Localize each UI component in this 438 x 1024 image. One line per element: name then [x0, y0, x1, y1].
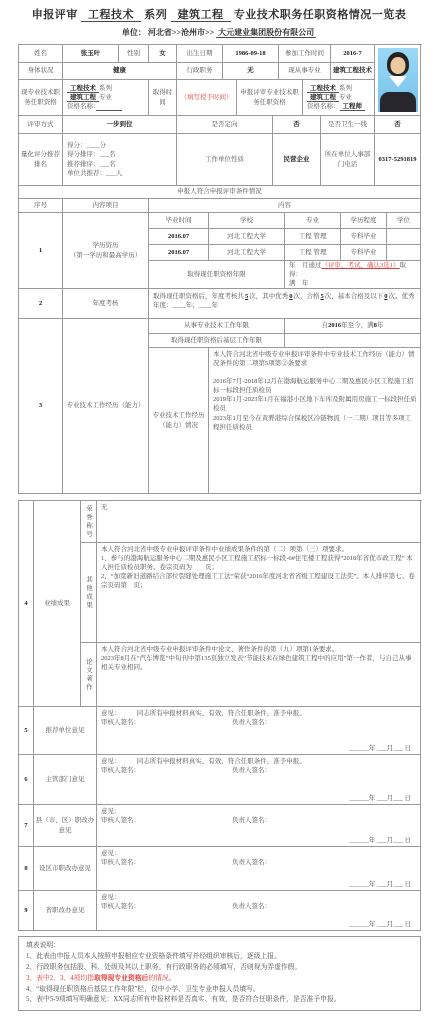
apply-series: 工程技术 — [307, 85, 339, 93]
honor-label: 荣誉称号 — [81, 501, 97, 543]
edu-1-time: 2016.07 — [149, 229, 209, 245]
edu-h-major: 专业 — [285, 213, 341, 229]
op6-date: ______年 ___月___ 日 — [349, 794, 417, 803]
quant-label: 量化评分推荐排名 — [19, 134, 63, 186]
edu-2-time: 2016.07 — [149, 245, 209, 261]
achievement-row: 4 业绩成果 荣誉称号 无 其他成果 本人符合河北省中级专业申报评审条件中业绩成… — [19, 501, 422, 707]
note-3-bold: 取得现专业资格后 — [94, 975, 148, 982]
unit-line: 单位： 河北省>>沧州市>> 大元建业集团股份有限公司 — [0, 27, 438, 38]
annual-review-row: 2 年度考核 取得现任职资格后，年度考核共5次，其中优秀0次，合格5次，基本合格… — [19, 289, 422, 319]
papers-content: 本人符合河北省中级专业申报评审条件中论文、著作条件的第（九）项第1条要求。 20… — [97, 643, 421, 707]
edu-row-2: 2016.07 河北工程大学 工程 管理 专科毕业 — [149, 245, 421, 261]
op8-manager: 负责人签名： — [232, 859, 271, 866]
wy-p2: 年至今，满 — [341, 321, 374, 330]
cur-qual-label: 资格名称： — [67, 103, 96, 110]
work-years-label: 从事专业技术工作年限 — [149, 319, 285, 334]
qy-pre: 年 月通过 — [289, 262, 322, 269]
edu-h-diploma: 学位 — [387, 213, 421, 229]
note-2: 2、行政职务包括股、科、处级及其以上职务。有行政职务的必须填写，否则视为弄虚作假… — [26, 963, 413, 974]
op7-opinion: 意见： — [101, 807, 121, 816]
join-label: 参加工作时间 — [279, 45, 331, 63]
name-label: 姓名 — [19, 45, 63, 63]
cur-major-sfx: 专业 — [99, 94, 112, 101]
col-item: 内容项目 — [63, 199, 149, 213]
op6-opinion: 意见： 同志所有申报材料真实、有效，符合任职条件，准予申报。 — [101, 757, 306, 766]
col-content: 内容 — [149, 199, 421, 213]
directional-label: 是否定向 — [177, 116, 273, 134]
apply-title-value: 工程技术系列 建筑工程专业 资格名称：工程师 — [303, 80, 375, 116]
op7-content: 意见： 审核人签名：负责人签名： ______年 ___月___ 日 — [97, 805, 421, 847]
unit-nature-label: 工作单位性质 — [177, 134, 273, 186]
edu-2-diploma — [387, 245, 421, 261]
photo-body — [380, 92, 416, 112]
frontline-value: 否 — [375, 116, 421, 134]
exp-label: 专业技术工作经历（能力） — [63, 319, 149, 494]
gender-value: 女 — [149, 45, 177, 63]
exp-line-1: 本人符合河北省中级专业申报评审条件中专业技术工作经历（能力）情况条件的第二项第5… — [213, 350, 417, 368]
annual-content: 取得现任职资格后，年度考核共5次，其中优秀0次，合格5次，基本合格及以下0次。优… — [149, 289, 421, 319]
quant-line-total: 单位共推荐：___人 — [67, 169, 122, 178]
other-achv-label: 其他成果 — [81, 543, 97, 643]
photo-cell — [375, 45, 421, 116]
apply-title-label: 申报评审专业技术职务任职资格 — [237, 80, 303, 116]
current-title-label: 现专业技术职务任职资格 — [19, 80, 63, 116]
unit-nature-value: 民营企业 — [273, 134, 321, 186]
note-3-post: 的情况。 — [148, 975, 175, 982]
apply-series-sfx: 系列 — [339, 85, 352, 92]
papers-label: 论文著作 — [81, 643, 97, 707]
hr-phone-label: 所在单位人事部门电话 — [321, 134, 375, 186]
cur-series-sfx: 系列 — [99, 85, 112, 92]
col-no: 序号 — [19, 199, 63, 213]
op8-signers: 审核人签名：负责人签名： — [101, 858, 271, 867]
health-label: 身体状况 — [19, 63, 63, 80]
op5-manager: 负责人签名： — [232, 719, 271, 726]
apply-qual-value: 工程师 — [340, 103, 366, 111]
op6-no: 6 — [19, 755, 34, 805]
edu-1-degree: 专科毕业 — [341, 229, 387, 245]
annual-p2: 次，其中优秀 — [249, 293, 288, 300]
exp-line-3: 2016年7月-2018年12月在渤海航运服务中心二期及惠民小区工程施工招标一标… — [213, 377, 417, 395]
work-years-value: 自2016年至今，满8年 — [285, 319, 421, 334]
cur-major2: 建筑工程 — [67, 94, 99, 102]
exp-detail-content: 本人符合河北省中级专业申报评审条件中专业技术工作经历（能力）情况条件的第二项第5… — [209, 348, 421, 494]
gender-label: 性别 — [119, 45, 149, 63]
hr-phone-value: 0317-5291819 — [375, 134, 421, 186]
edu-h-degree: 学历程度 — [341, 213, 387, 229]
op8-no: 8 — [19, 847, 34, 891]
papers-line-2: 2023年8月在“汽车博览”中旬刊中第135页独立发表“节能技术在绿色建筑工程中… — [101, 654, 417, 672]
op6-content: 意见： 同志所有申报材料真实、有效，符合任职条件，准予申报。 审核人签名：负责人… — [97, 755, 421, 805]
directional-value: 否 — [273, 116, 321, 134]
opinion-row-7: 7 县（市、区）职改办意见 意见： 审核人签名：负责人签名： ______年 _… — [19, 805, 422, 847]
current-title-value: 工程技术系列 建筑工程专业 资格名称： — [63, 80, 149, 116]
cur-series: 工程技术 — [67, 85, 99, 93]
op5-content: 意见： 同志所有申报材料真实、有效，符合任职条件，准予申报。 审核人签名：负责人… — [97, 707, 421, 755]
opinion-row-8: 8 设区市职改办意见 意见： 审核人签名：负责人签名： ______年 ___月… — [19, 847, 422, 891]
op9-no: 9 — [19, 891, 34, 931]
unit-company: 大元建业集团股份有限公司 — [216, 28, 316, 38]
health-value: 健康 — [63, 63, 177, 80]
form-page: 申报评审 工程技术 系列 建筑工程 专业技术职务任职资格情况一览表 单位： 河北… — [0, 0, 438, 1024]
note-5: 5、表中5-9项填写明确意见：XX同志所有申报材料是否真实、有效，是否符合任职条… — [26, 995, 413, 1006]
experience-row: 3 专业技术工作经历（能力） 从事专业技术工作年限 自2016年至今，满8年 取… — [19, 319, 422, 494]
opinion-row-5: 5 推荐单位意见 意见： 同志所有申报材料真实、有效，符合任职条件，准予申报。 … — [19, 707, 422, 755]
page-title: 申报评审 工程技术 系列 建筑工程 专业技术职务任职资格情况一览表 — [0, 0, 438, 22]
frontline-label: 是否卫生一线 — [321, 116, 375, 134]
admin-label: 行政职务 — [177, 63, 223, 80]
title-mid: 系列 — [144, 9, 167, 21]
op9-signers: 审核人签名：负责人签名： — [101, 902, 271, 911]
edu-1-diploma — [387, 229, 421, 245]
exp-line-2 — [213, 368, 417, 377]
edu-2-school: 河北工程大学 — [209, 245, 285, 261]
title-suffix: 专业技术职务任职资格情况一览表 — [234, 9, 407, 21]
op6-signers: 审核人签名：负责人签名： — [101, 766, 271, 775]
edu-no: 1 — [19, 213, 63, 289]
admin-value: 无 — [223, 63, 279, 80]
honor-content: 无 — [97, 501, 421, 543]
notes-title: 填表说明： — [26, 941, 413, 952]
op7-no: 7 — [19, 805, 34, 847]
achv-label: 业绩成果 — [34, 501, 81, 707]
name-value: 张玉叶 — [63, 45, 119, 63]
id-photo — [378, 48, 418, 112]
quant-line-score: 得分：____分 — [67, 141, 106, 150]
review-mode-value: 一步到位 — [63, 116, 177, 134]
opinion-row-9: 9 省职改办意见 意见： 审核人签名：负责人签名： ______年 ___月__… — [19, 891, 422, 931]
annual-p3: 次，合格 — [294, 293, 320, 300]
other-line-2: 1、参与的渤海航运服务中心二期及惠民小区工程施工招标一标段-6#住宅楼工程获得“… — [101, 554, 417, 572]
apply-major-sfx: 专业 — [339, 94, 352, 101]
op7-date: ______年 ___月___ 日 — [349, 836, 417, 845]
note-3: 3、表中2、3、4项均指取得现专业资格后的情况。 — [26, 974, 413, 985]
obtain-time-label: 取得时间 — [149, 80, 177, 116]
op5-signers: 审核人签名：负责人签名： — [101, 718, 271, 727]
base-years-label: 取得现任职资格后基层工作年限 — [149, 334, 285, 348]
edu-h-school: 学校 — [209, 213, 285, 229]
cur-qual-blank — [96, 103, 122, 111]
photo-face — [390, 57, 405, 74]
edu-2-degree: 专科毕业 — [341, 245, 387, 261]
conditions-section-title: 申报人符合申报评审条件情况 — [19, 186, 421, 199]
op6-label: 主管部门意见 — [34, 755, 97, 805]
birth-value: 1986-09-18 — [223, 45, 279, 63]
op8-opinion: 意见： — [101, 849, 121, 858]
op6-manager: 负责人签名： — [232, 767, 271, 774]
apply-qual-label: 资格名称： — [307, 103, 340, 110]
op9-reviewer: 审核人签名： — [101, 903, 140, 910]
op7-manager: 负责人签名： — [232, 817, 271, 824]
op5-opinion: 意见： 同志所有申报材料真实、有效，符合任职条件，准予申报。 — [101, 709, 306, 718]
base-years-value — [285, 334, 421, 348]
note-1: 1、此表由申报人员本人按照申报相应专业资格条件填写并经组织审核后，逐级上报。 — [26, 952, 413, 963]
apply-major: 建筑工程 — [307, 94, 339, 102]
exp-line-5: 2023年1月至今在黄骅港综合保税区冷链物流（一二期）项目等多项工程担任质检员 — [213, 414, 417, 432]
achievement-opinion-table: 4 业绩成果 荣誉称号 无 其他成果 本人符合河北省中级专业申报评审条件中业绩成… — [18, 500, 422, 931]
op7-reviewer: 审核人签名： — [101, 817, 140, 824]
edu-label: 学历资历 （第一学历和最高学历） — [63, 213, 149, 289]
other-line-1: 本人符合河北省中级专业申报评审条件中业绩成果条件的第（二）项第（三）项要求。 — [101, 545, 417, 554]
quant-lines: 得分：____分 得分排序：___名 推荐排序：___名 单位共推荐：___人 — [63, 134, 177, 186]
op9-label: 省职改办意见 — [34, 891, 97, 931]
op7-signers: 审核人签名：负责人签名： — [101, 816, 271, 825]
opinion-row-6: 6 主管部门意见 意见： 同志所有申报材料真实、有效，符合任职条件，准予申报。 … — [19, 755, 422, 805]
birth-label: 出生日期 — [177, 45, 223, 63]
edu-1-major: 工程 管理 — [285, 229, 341, 245]
title-major: 建筑工程 — [171, 9, 231, 22]
qy-line2: 满 年 — [289, 279, 309, 288]
annual-p4: 次，基本合格及以下 — [325, 293, 384, 300]
basic-info-table: 姓名 张玉叶 性别 女 出生日期 1986-09-18 参加工作时间 2016-… — [18, 44, 422, 494]
other-line-3: 2、“加宽新旧道路结合部位裂缝处理施工工法”荣获“2016年度河北省省级工程建设… — [101, 572, 417, 590]
wy-v1: 2016 — [328, 321, 341, 330]
op8-date: ______年 ___月___ 日 — [349, 880, 417, 889]
note-3-pre: 3、表中2、3、4项均指 — [26, 975, 94, 982]
education-row: 1 学历资历 （第一学历和最高学历） 毕业时间 学校 专业 学历程度 学位 20… — [19, 213, 422, 289]
annual-no: 2 — [19, 289, 63, 319]
wy-p3: 年 — [377, 321, 384, 330]
op5-no: 5 — [19, 707, 34, 755]
op9-content: 意见： 审核人签名：负责人签名： ______年 ___月___ 日 — [97, 891, 421, 931]
photo-collar — [389, 76, 407, 87]
edu-h-time: 毕业时间 — [149, 213, 209, 229]
edu-label-1: 学历资历 — [93, 241, 119, 250]
op6-reviewer: 审核人签名： — [101, 767, 140, 774]
op7-label: 县（市、区）职改办意见 — [34, 805, 97, 847]
edu-row-1: 2016.07 河北工程大学 工程 管理 专科毕业 — [149, 229, 421, 245]
title-prefix: 申报评审 — [32, 9, 78, 21]
quant-line-rec-rank: 推荐排序：___名 — [67, 160, 116, 169]
other-achv-content: 本人符合河北省中级专业申报评审条件中业绩成果条件的第（二）项第（三）项要求。 1… — [97, 543, 421, 643]
join-value: 2016-7 — [331, 45, 375, 63]
op5-reviewer: 审核人签名： — [101, 719, 140, 726]
form-notes: 填表说明： 1、此表由申报人员本人按照申报相应专业资格条件填写并经组织审核后，逐… — [18, 936, 421, 1011]
annual-label: 年度考核 — [63, 289, 149, 319]
unit-region: 河北省>>沧州市>> — [148, 28, 214, 37]
qual-year-label: 取得现任职资格年限 — [149, 261, 285, 289]
annual-p1: 取得现任职资格后，年度考核共 — [153, 293, 244, 300]
papers-line-1: 本人符合河北省中级专业申报评审条件中论文、著作条件的第（九）项第1条要求。 — [101, 645, 417, 654]
cur-major-value: 建筑工程技术 — [331, 63, 375, 80]
achv-no: 4 — [19, 501, 34, 707]
exp-no: 3 — [19, 319, 63, 494]
op9-manager: 负责人签名： — [232, 903, 271, 910]
edu-1-school: 河北工程大学 — [209, 229, 285, 245]
unit-label: 单位： — [122, 28, 146, 37]
review-mode-label: 评审方式 — [19, 116, 63, 134]
note-4: 4、“取得现任职资格后基层工作年限”栏，仅中小学、卫生专业申报人员填写。 — [26, 985, 413, 996]
qy-red: （评审、考试、确认3选1） — [322, 262, 400, 269]
exp-detail-label: 专业技术工作经历（能力）情况 — [149, 348, 209, 494]
op8-reviewer: 审核人签名： — [101, 859, 140, 866]
edu-2-major: 工程 管理 — [285, 245, 341, 261]
op5-date: ______年 ___月___ 日 — [349, 744, 417, 753]
quant-line-score-rank: 得分排序：___名 — [67, 150, 116, 159]
op9-opinion: 意见： — [101, 893, 121, 902]
op5-label: 推荐单位意见 — [34, 707, 97, 755]
op8-content: 意见： 审核人签名：负责人签名： ______年 ___月___ 日 — [97, 847, 421, 891]
op8-label: 设区市职改办意见 — [34, 847, 97, 891]
obtain-time-hint: （填写授予时间） — [177, 80, 237, 116]
title-series: 工程技术 — [81, 9, 141, 22]
cur-major-label: 现从事专业 — [279, 63, 331, 80]
op9-date: ______年 ___月___ 日 — [349, 920, 417, 929]
exp-line-4: 2019年1月-2023年1月在福港小区地下车库及附属用房施工一标段担任质检员 — [213, 395, 417, 413]
edu-label-2: （第一学历和最高学历） — [70, 251, 142, 260]
qual-year-value: 年 月通过（评审、考试、确认3选1）取得： 满 年 — [285, 261, 421, 289]
